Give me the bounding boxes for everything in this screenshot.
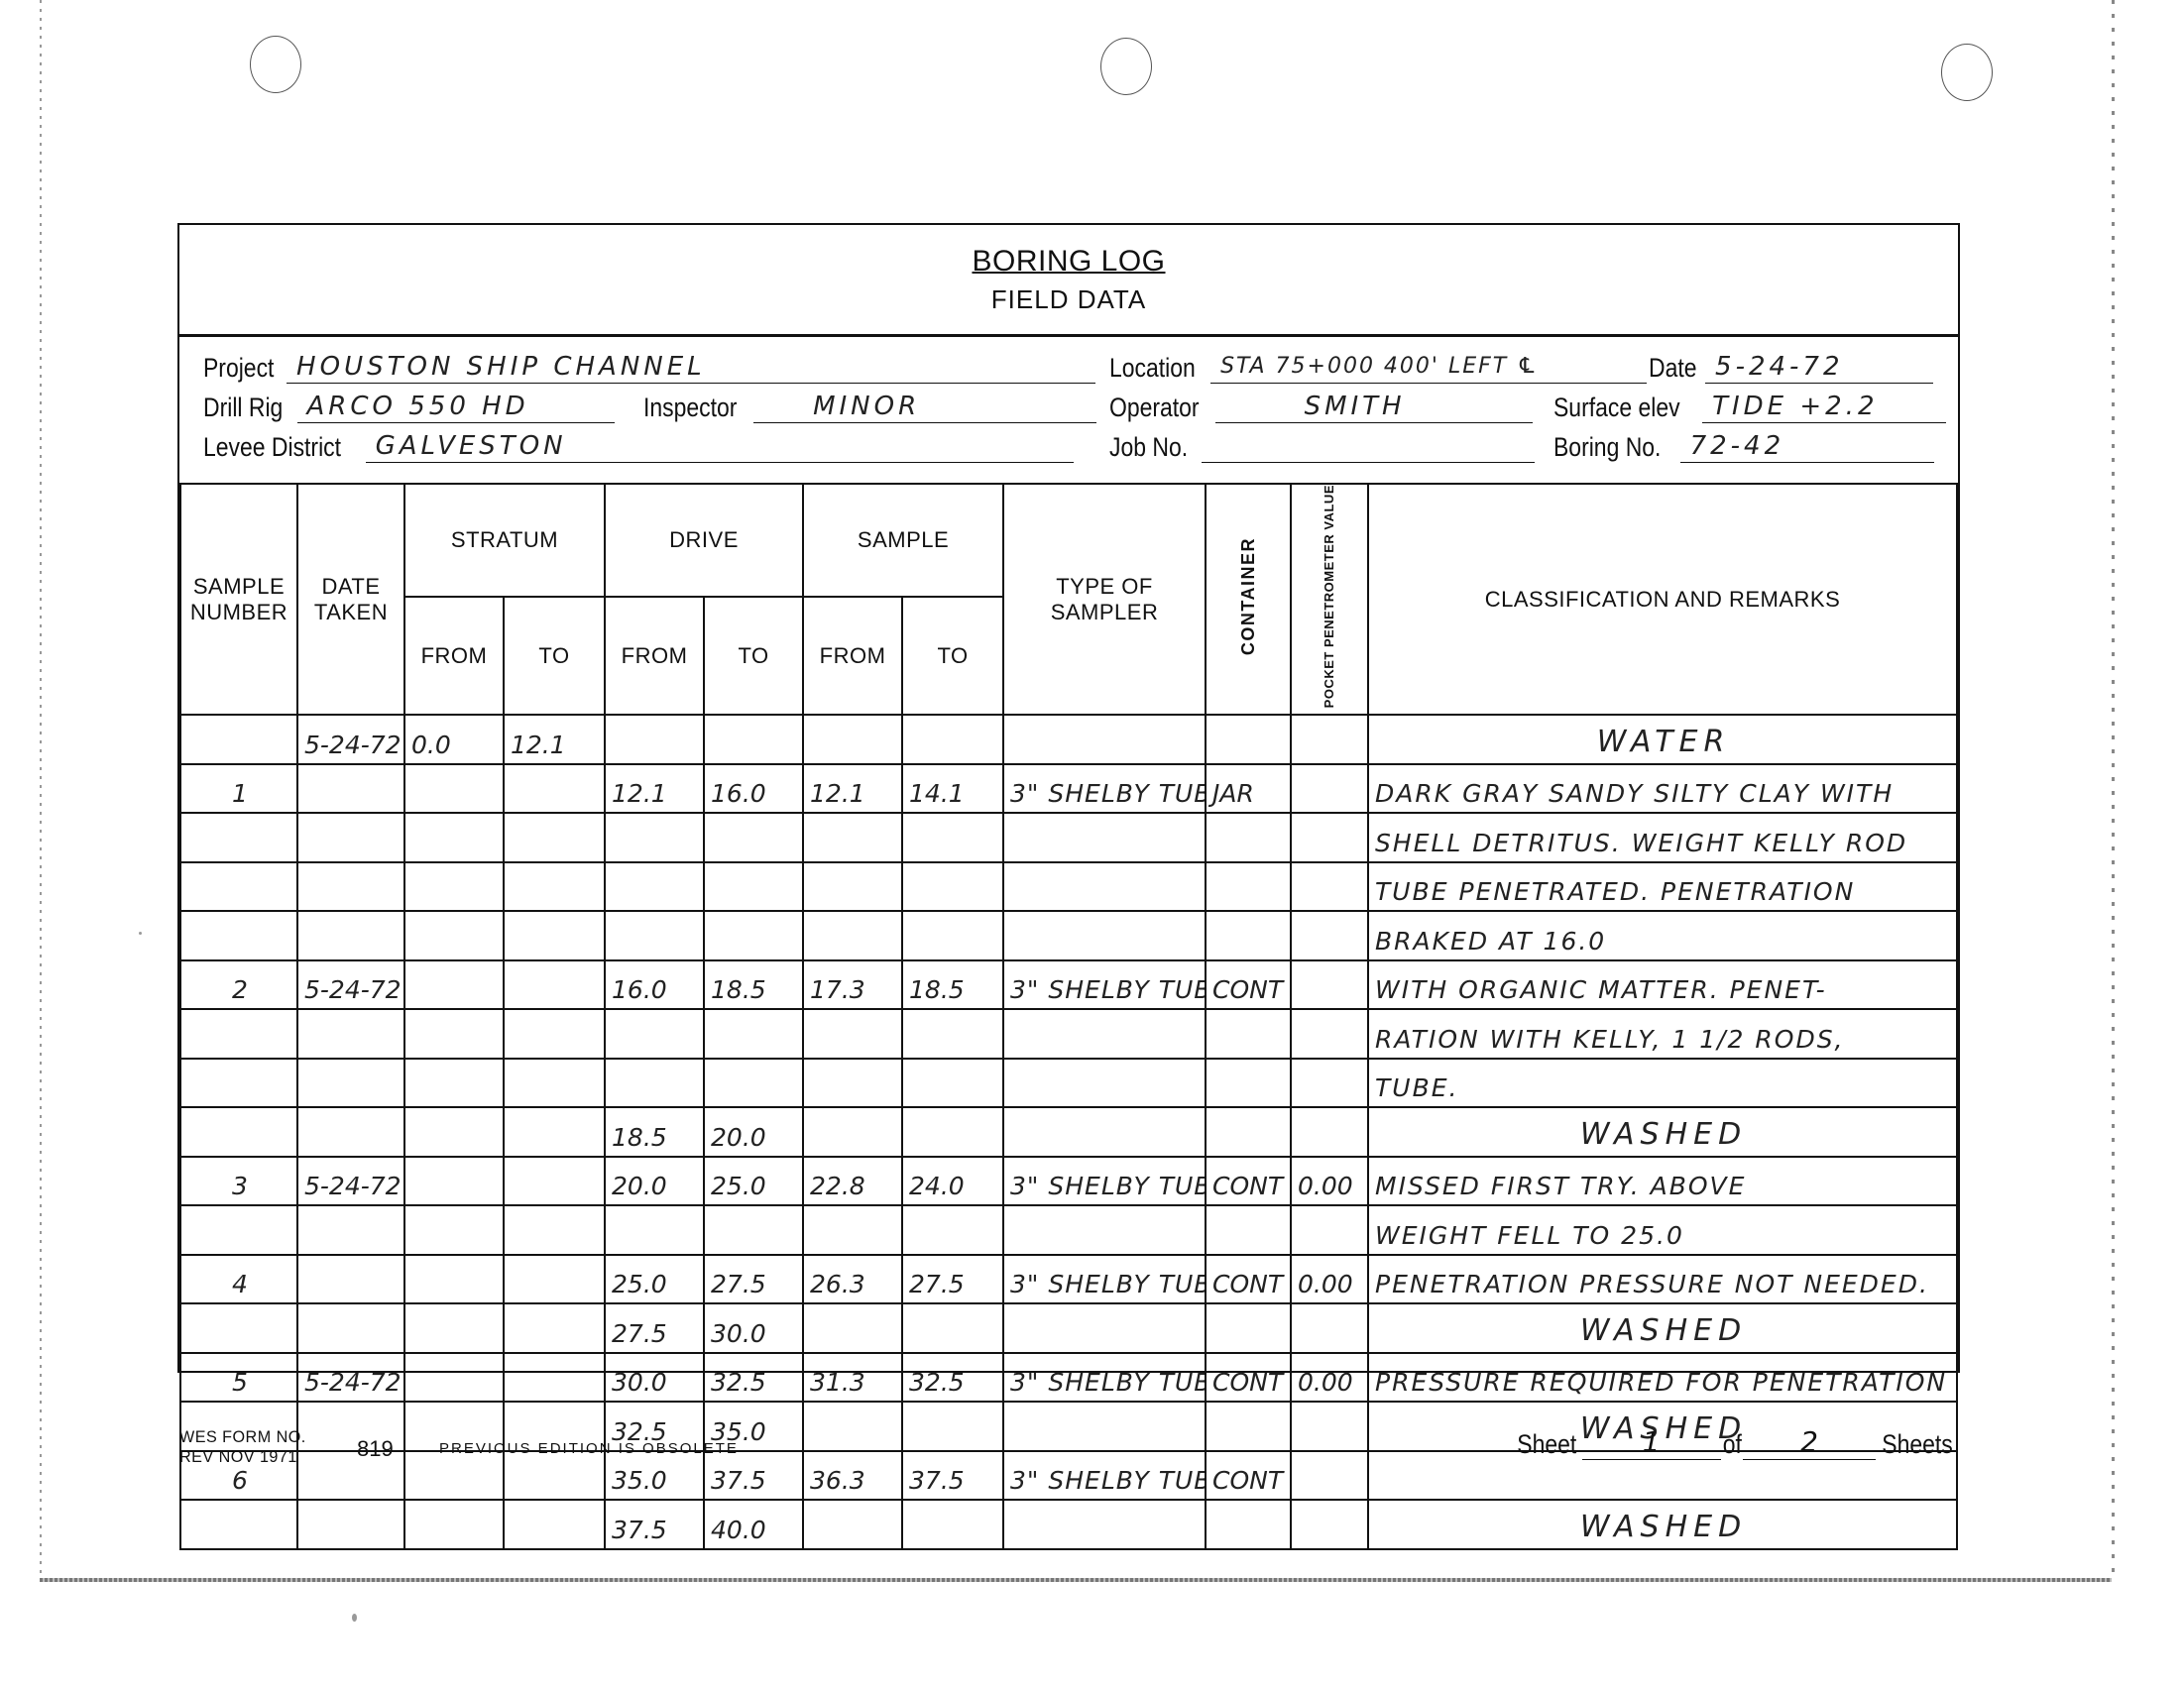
drive-from-cell[interactable] <box>605 813 704 862</box>
drill-rig-value[interactable]: ARCO 550 HD <box>297 392 615 423</box>
stratum-from-cell[interactable] <box>404 1205 504 1255</box>
project-value[interactable]: HOUSTON SHIP CHANNEL <box>287 352 1095 384</box>
surface-elev-field: Surface elev TIDE +2.2 <box>1553 392 1946 423</box>
header-fields: Project HOUSTON SHIP CHANNEL Location ST… <box>179 334 1958 483</box>
form-title: BORING LOG <box>179 245 1958 279</box>
sample-number-cell[interactable] <box>180 813 297 862</box>
container-cell[interactable]: CONT <box>1206 960 1291 1010</box>
date-taken-cell[interactable] <box>297 1205 404 1255</box>
sample-to-cell[interactable] <box>902 1009 1003 1059</box>
container-cell[interactable]: CONT <box>1206 1353 1291 1403</box>
drive-from-cell[interactable] <box>605 1009 704 1059</box>
table-row: 5-24-720.012.1WATER <box>180 715 1957 764</box>
inspector-field: Inspector MINOR <box>643 392 1096 423</box>
job-no-value[interactable] <box>1202 431 1535 463</box>
drive-to-cell[interactable] <box>704 813 803 862</box>
pocket-penetrometer-cell[interactable] <box>1291 1303 1368 1353</box>
stratum-from-cell[interactable] <box>404 813 504 862</box>
levee-district-value[interactable]: GALVESTON <box>366 431 1074 463</box>
table-row: 37.540.0WASHED <box>180 1500 1957 1549</box>
sample-number-cell[interactable] <box>180 1059 297 1108</box>
drive-from-cell[interactable] <box>605 1205 704 1255</box>
stratum-from-cell[interactable] <box>404 1451 504 1501</box>
remark-cell[interactable]: Penetration pressure not needed. <box>1368 1255 1957 1304</box>
pocket-penetrometer-cell[interactable]: 0.00 <box>1291 1353 1368 1403</box>
date-taken-cell[interactable] <box>297 1500 404 1549</box>
container-cell[interactable] <box>1206 1009 1291 1059</box>
wes-form-label-line2: REV NOV 1971 <box>179 1447 306 1467</box>
location-field: Location STA 75+000 400' LEFT ℄ <box>1109 352 1647 384</box>
container-cell[interactable] <box>1206 911 1291 960</box>
sample-from-cell[interactable]: 36.3 <box>803 1451 902 1501</box>
operator-field: Operator SMITH <box>1109 392 1533 423</box>
drive-from-cell[interactable]: 25.0 <box>605 1255 704 1304</box>
pocket-penetrometer-cell[interactable] <box>1291 1205 1368 1255</box>
sample-to-cell[interactable]: 37.5 <box>902 1451 1003 1501</box>
sample-to-cell[interactable]: 24.0 <box>902 1157 1003 1206</box>
sample-from-cell[interactable] <box>803 1205 902 1255</box>
date-value[interactable]: 5-24-72 <box>1705 352 1933 384</box>
form-number: 819 <box>357 1436 394 1462</box>
remark-cell[interactable]: shell detritus. Weight kelly rod <box>1368 813 1957 862</box>
stratum-to-cell[interactable] <box>504 1451 605 1501</box>
sample-from-cell[interactable]: 22.8 <box>803 1157 902 1206</box>
date-taken-cell[interactable] <box>297 1107 404 1157</box>
sampler-type-cell[interactable] <box>1003 1107 1206 1157</box>
table-row: weight fell to 25.0 <box>180 1205 1957 1255</box>
drive-to-cell[interactable] <box>704 1205 803 1255</box>
pocket-penetrometer-cell[interactable] <box>1291 715 1368 764</box>
pocket-penetrometer-cell[interactable]: 0.00 <box>1291 1255 1368 1304</box>
stratum-to-cell[interactable] <box>504 813 605 862</box>
date-field: Date 5-24-72 <box>1649 352 1933 384</box>
drive-from-cell[interactable]: 30.0 <box>605 1353 704 1403</box>
drive-from-cell[interactable]: 16.0 <box>605 960 704 1010</box>
remark-cell[interactable]: weight fell to 25.0 <box>1368 1205 1957 1255</box>
sample-to-cell[interactable]: 14.1 <box>902 764 1003 814</box>
date-taken-cell[interactable]: 5-24-72 <box>297 960 404 1010</box>
table-row: 18.520.0WASHED <box>180 1107 1957 1157</box>
date-label: Date <box>1649 353 1696 384</box>
drive-to-cell[interactable]: 18.5 <box>704 960 803 1010</box>
sampler-type-cell[interactable] <box>1003 1205 1206 1255</box>
container-cell[interactable] <box>1206 1059 1291 1108</box>
col-header-drive-to: TO <box>704 597 803 715</box>
location-value[interactable]: STA 75+000 400' LEFT ℄ <box>1210 352 1647 384</box>
stratum-from-cell[interactable] <box>404 764 504 814</box>
sample-number-cell[interactable]: 5 <box>180 1353 297 1403</box>
pocket-penetrometer-cell[interactable] <box>1291 862 1368 912</box>
sampler-type-cell[interactable] <box>1003 1009 1206 1059</box>
sample-number-cell[interactable] <box>180 862 297 912</box>
col-header-stratum: STRATUM <box>404 484 605 597</box>
col-header-date-taken: DATE TAKEN <box>297 484 404 715</box>
sample-to-cell[interactable] <box>902 1059 1003 1108</box>
sheet-count: Sheet 1 of 2 Sheets <box>1512 1427 1959 1460</box>
sampler-type-cell[interactable]: 3" SHELBY TUBE <box>1003 764 1206 814</box>
sampler-type-cell[interactable] <box>1003 1303 1206 1353</box>
date-taken-cell[interactable] <box>297 911 404 960</box>
boring-no-value[interactable]: 72-42 <box>1680 431 1934 463</box>
drive-to-cell[interactable]: 27.5 <box>704 1255 803 1304</box>
date-taken-cell[interactable] <box>297 862 404 912</box>
stratum-to-cell[interactable] <box>504 1157 605 1206</box>
surface-elev-value[interactable]: TIDE +2.2 <box>1702 392 1946 423</box>
pocket-penetrometer-cell[interactable] <box>1291 764 1368 814</box>
remark-cell[interactable]: ration with kelly, 1 1/2 rods, <box>1368 1009 1957 1059</box>
sample-from-cell[interactable]: 31.3 <box>803 1353 902 1403</box>
sample-from-cell[interactable] <box>803 1009 902 1059</box>
table-row: tube. <box>180 1059 1957 1108</box>
drive-from-cell[interactable]: 20.0 <box>605 1157 704 1206</box>
col-header-stratum-from: FROM <box>404 597 504 715</box>
stratum-to-cell[interactable] <box>504 1500 605 1549</box>
container-cell[interactable] <box>1206 1402 1291 1451</box>
sample-to-cell[interactable]: 18.5 <box>902 960 1003 1010</box>
remark-cell[interactable]: tube penetrated. Penetration <box>1368 862 1957 912</box>
form-subtitle: FIELD DATA <box>179 284 1958 315</box>
stratum-to-cell[interactable] <box>504 911 605 960</box>
operator-value[interactable]: SMITH <box>1215 392 1533 423</box>
date-taken-cell[interactable]: 5-24-72 <box>297 1157 404 1206</box>
date-taken-cell[interactable] <box>297 764 404 814</box>
of-label: of <box>1722 1429 1741 1460</box>
scan-speck <box>139 932 142 935</box>
sample-to-cell[interactable]: 32.5 <box>902 1353 1003 1403</box>
table-row: 55-24-7230.032.531.332.53" SHELBY TUBECO… <box>180 1353 1957 1403</box>
stratum-to-cell[interactable] <box>504 764 605 814</box>
drill-rig-field: Drill Rig ARCO 550 HD <box>203 392 615 423</box>
date-taken-cell[interactable] <box>297 1009 404 1059</box>
pocket-penetrometer-cell[interactable] <box>1291 813 1368 862</box>
stratum-from-cell[interactable]: 0.0 <box>404 715 504 764</box>
col-header-type-of-sampler: TYPE OF SAMPLER <box>1003 484 1206 715</box>
table-row: 25-24-7216.018.517.318.53" SHELBY TUBECO… <box>180 960 1957 1010</box>
sampler-type-cell[interactable]: 3" SHELBY TUBE <box>1003 1157 1206 1206</box>
sampler-type-cell[interactable] <box>1003 1500 1206 1549</box>
binder-hole <box>1941 44 1993 101</box>
remark-cell[interactable]: WATER <box>1368 715 1957 764</box>
sample-number-cell[interactable] <box>180 1009 297 1059</box>
sampler-type-cell[interactable] <box>1003 1059 1206 1108</box>
remark-cell[interactable]: WASHED <box>1368 1107 1957 1157</box>
sample-to-cell[interactable] <box>902 1107 1003 1157</box>
col-header-sample-to: TO <box>902 597 1003 715</box>
pocket-penetrometer-cell[interactable]: 0.00 <box>1291 1157 1368 1206</box>
sampler-type-cell[interactable] <box>1003 911 1206 960</box>
remark-cell[interactable]: WASHED <box>1368 1303 1957 1353</box>
sample-to-cell[interactable] <box>902 862 1003 912</box>
table-row: 425.027.526.327.53" SHELBY TUBECONT0.00P… <box>180 1255 1957 1304</box>
sheets-label: Sheets <box>1882 1429 1952 1460</box>
pocket-penetrometer-cell[interactable] <box>1291 1009 1368 1059</box>
table-row: 27.530.0WASHED <box>180 1303 1957 1353</box>
project-field: Project HOUSTON SHIP CHANNEL <box>203 352 1095 384</box>
stratum-to-cell[interactable] <box>504 1255 605 1304</box>
drive-to-cell[interactable]: 40.0 <box>704 1500 803 1549</box>
stratum-from-cell[interactable] <box>404 1353 504 1403</box>
date-taken-cell[interactable]: 5-24-72 <box>297 715 404 764</box>
stratum-from-cell[interactable] <box>404 1500 504 1549</box>
sampler-type-cell[interactable]: 3" SHELBY TUBE <box>1003 960 1206 1010</box>
remark-cell[interactable]: Dark gray sandy SILTY CLAY with <box>1368 764 1957 814</box>
drive-from-cell[interactable]: 27.5 <box>605 1303 704 1353</box>
table-row: shell detritus. Weight kelly rod <box>180 813 1957 862</box>
sample-from-cell[interactable] <box>803 862 902 912</box>
container-cell[interactable] <box>1206 862 1291 912</box>
sample-to-cell[interactable] <box>902 1205 1003 1255</box>
binder-hole <box>250 36 301 93</box>
sample-to-cell[interactable] <box>902 911 1003 960</box>
drive-from-cell[interactable]: 12.1 <box>605 764 704 814</box>
pocket-penetrometer-cell[interactable] <box>1291 1500 1368 1549</box>
drive-to-cell[interactable]: 16.0 <box>704 764 803 814</box>
drive-to-cell[interactable] <box>704 862 803 912</box>
stratum-from-cell[interactable] <box>404 1009 504 1059</box>
stratum-to-cell[interactable] <box>504 1303 605 1353</box>
sample-to-cell[interactable] <box>902 1500 1003 1549</box>
stratum-to-cell[interactable] <box>504 862 605 912</box>
sample-from-cell[interactable]: 17.3 <box>803 960 902 1010</box>
stratum-from-cell[interactable] <box>404 1107 504 1157</box>
col-header-container: CONTAINER <box>1206 484 1291 715</box>
drive-to-cell[interactable]: 32.5 <box>704 1353 803 1403</box>
container-header-text: CONTAINER <box>1239 537 1257 655</box>
surface-elev-label: Surface elev <box>1553 393 1680 423</box>
date-taken-cell[interactable] <box>297 1303 404 1353</box>
sample-to-cell[interactable]: 27.5 <box>902 1255 1003 1304</box>
container-cell[interactable]: JAR <box>1206 764 1291 814</box>
table-row: 35-24-7220.025.022.824.03" SHELBY TUBECO… <box>180 1157 1957 1206</box>
drive-to-cell[interactable]: 25.0 <box>704 1157 803 1206</box>
sample-number-cell[interactable] <box>180 1107 297 1157</box>
drive-to-cell[interactable]: 30.0 <box>704 1303 803 1353</box>
stratum-to-cell[interactable] <box>504 1353 605 1403</box>
wes-form-label: WES FORM NO. REV NOV 1971 <box>179 1427 306 1467</box>
drive-to-cell[interactable] <box>704 1009 803 1059</box>
col-header-classification: CLASSIFICATION AND REMARKS <box>1368 484 1957 715</box>
pocket-penetrometer-cell[interactable] <box>1291 960 1368 1010</box>
remark-cell[interactable]: WASHED <box>1368 1500 1957 1549</box>
sample-from-cell[interactable] <box>803 911 902 960</box>
stratum-from-cell[interactable] <box>404 862 504 912</box>
drill-rig-label: Drill Rig <box>203 393 283 423</box>
drive-to-cell[interactable]: 37.5 <box>704 1451 803 1501</box>
sample-number-cell[interactable] <box>180 911 297 960</box>
sample-from-cell[interactable]: 26.3 <box>803 1255 902 1304</box>
boring-log-table: SAMPLE NUMBER DATE TAKEN STRATUM DRIVE S… <box>179 483 1958 1550</box>
drive-from-cell[interactable]: 37.5 <box>605 1500 704 1549</box>
operator-label: Operator <box>1109 393 1200 423</box>
date-taken-cell[interactable] <box>297 1255 404 1304</box>
col-header-drive: DRIVE <box>605 484 803 597</box>
table-row: 112.116.012.114.13" SHELBY TUBEJARDark g… <box>180 764 1957 814</box>
remark-cell[interactable]: with organic matter. Penet- <box>1368 960 1957 1010</box>
sample-number-cell[interactable] <box>180 715 297 764</box>
sampler-type-cell[interactable]: 3" SHELBY TUBE <box>1003 1451 1206 1501</box>
edition-note: PREVIOUS EDITION IS OBSOLETE <box>439 1440 739 1457</box>
col-header-sample-number: SAMPLE NUMBER <box>180 484 297 715</box>
sample-from-cell[interactable] <box>803 813 902 862</box>
pocket-penetrometer-cell[interactable] <box>1291 1107 1368 1157</box>
table-row: ration with kelly, 1 1/2 rods, <box>180 1009 1957 1059</box>
pocket-penetrometer-cell[interactable] <box>1291 911 1368 960</box>
table-row: tube penetrated. Penetration <box>180 862 1957 912</box>
sample-to-cell[interactable] <box>902 1402 1003 1451</box>
stratum-to-cell[interactable] <box>504 1059 605 1108</box>
inspector-value[interactable]: MINOR <box>753 392 1096 423</box>
sample-number-cell[interactable] <box>180 1500 297 1549</box>
drive-to-cell[interactable]: 20.0 <box>704 1107 803 1157</box>
job-no-field: Job No. <box>1109 431 1535 463</box>
container-cell[interactable] <box>1206 1303 1291 1353</box>
sheet-label: Sheet <box>1517 1429 1576 1460</box>
container-cell[interactable] <box>1206 715 1291 764</box>
container-cell[interactable]: CONT <box>1206 1255 1291 1304</box>
total-sheets[interactable]: 2 <box>1743 1427 1876 1460</box>
col-header-pocket-penetrometer: POCKET PENETROMETER VALUE <box>1291 484 1368 715</box>
drive-to-cell[interactable] <box>704 1059 803 1108</box>
stratum-from-cell[interactable] <box>404 911 504 960</box>
stratum-from-cell[interactable] <box>404 1303 504 1353</box>
sampler-type-cell[interactable] <box>1003 715 1206 764</box>
remark-cell[interactable]: tube. <box>1368 1059 1957 1108</box>
stratum-from-cell[interactable] <box>404 1157 504 1206</box>
sample-from-cell[interactable] <box>803 1059 902 1108</box>
stratum-to-cell[interactable] <box>504 1009 605 1059</box>
paper-edge-left <box>40 0 42 1580</box>
sampler-type-cell[interactable]: 3" SHELBY TUBE <box>1003 1255 1206 1304</box>
remark-cell[interactable]: braked at 16.0 <box>1368 911 1957 960</box>
sample-to-cell[interactable] <box>902 1303 1003 1353</box>
stratum-from-cell[interactable] <box>404 960 504 1010</box>
boring-no-field: Boring No. 72-42 <box>1553 431 1934 463</box>
container-cell[interactable] <box>1206 1107 1291 1157</box>
pocket-penetrometer-cell[interactable] <box>1291 1059 1368 1108</box>
sample-from-cell[interactable] <box>803 1107 902 1157</box>
table-row: braked at 16.0 <box>180 911 1957 960</box>
drive-from-cell[interactable]: 18.5 <box>605 1107 704 1157</box>
boring-no-label: Boring No. <box>1553 432 1661 463</box>
drive-to-cell[interactable] <box>704 715 803 764</box>
sample-number-cell[interactable] <box>180 1205 297 1255</box>
drive-from-cell[interactable] <box>605 715 704 764</box>
form-title-block: BORING LOG FIELD DATA <box>179 225 1958 337</box>
paper-edge-bottom <box>40 1578 2112 1582</box>
sheet-number[interactable]: 1 <box>1582 1427 1721 1460</box>
drive-from-cell[interactable]: 35.0 <box>605 1451 704 1501</box>
binder-hole <box>1100 38 1152 95</box>
drive-from-cell[interactable] <box>605 1059 704 1108</box>
project-label: Project <box>203 353 274 384</box>
sampler-type-cell[interactable] <box>1003 1402 1206 1451</box>
boring-log-form: BORING LOG FIELD DATA Project HOUSTON SH… <box>177 223 1960 1373</box>
sample-number-cell[interactable]: 3 <box>180 1157 297 1206</box>
pocket-penetrometer-header-text: POCKET PENETROMETER VALUE <box>1322 485 1336 708</box>
scan-speck <box>352 1614 357 1622</box>
sample-from-cell[interactable] <box>803 1303 902 1353</box>
levee-district-label: Levee District <box>203 432 341 463</box>
sample-from-cell[interactable] <box>803 715 902 764</box>
stratum-to-cell[interactable] <box>504 1205 605 1255</box>
sample-number-cell[interactable] <box>180 1303 297 1353</box>
sample-from-cell[interactable]: 12.1 <box>803 764 902 814</box>
boring-log-rows: 5-24-720.012.1WATER112.116.012.114.13" S… <box>180 715 1957 1549</box>
container-cell[interactable]: CONT <box>1206 1451 1291 1501</box>
location-label: Location <box>1109 353 1196 384</box>
stratum-from-cell[interactable] <box>404 1059 504 1108</box>
paper-edge-right <box>2112 0 2115 1580</box>
pocket-penetrometer-cell[interactable] <box>1291 1402 1368 1451</box>
col-header-stratum-to: TO <box>504 597 605 715</box>
sample-to-cell[interactable] <box>902 813 1003 862</box>
stratum-to-cell[interactable] <box>504 960 605 1010</box>
date-taken-cell[interactable]: 5-24-72 <box>297 1353 404 1403</box>
sample-from-cell[interactable] <box>803 1500 902 1549</box>
container-cell[interactable]: CONT <box>1206 1157 1291 1206</box>
stratum-from-cell[interactable] <box>404 1255 504 1304</box>
stratum-to-cell[interactable] <box>504 1107 605 1157</box>
col-header-drive-from: FROM <box>605 597 704 715</box>
date-taken-cell[interactable] <box>297 813 404 862</box>
drive-from-cell[interactable] <box>605 911 704 960</box>
sample-from-cell[interactable] <box>803 1402 902 1451</box>
stratum-to-cell[interactable]: 12.1 <box>504 715 605 764</box>
sample-number-cell[interactable]: 2 <box>180 960 297 1010</box>
wes-form-label-line1: WES FORM NO. <box>179 1427 306 1447</box>
remark-cell[interactable]: Missed first try. Above <box>1368 1157 1957 1206</box>
inspector-label: Inspector <box>643 393 737 423</box>
sampler-type-cell[interactable] <box>1003 862 1206 912</box>
col-header-sample-from: FROM <box>803 597 902 715</box>
date-taken-cell[interactable] <box>297 1059 404 1108</box>
drive-from-cell[interactable] <box>605 862 704 912</box>
sample-number-cell[interactable]: 1 <box>180 764 297 814</box>
remark-cell[interactable]: Pressure required for penetration <box>1368 1353 1957 1403</box>
levee-district-field: Levee District GALVESTON <box>203 431 1074 463</box>
sampler-type-cell[interactable]: 3" SHELBY TUBE <box>1003 1353 1206 1403</box>
drive-to-cell[interactable] <box>704 911 803 960</box>
job-no-label: Job No. <box>1109 432 1188 463</box>
sample-to-cell[interactable] <box>902 715 1003 764</box>
container-cell[interactable] <box>1206 1205 1291 1255</box>
container-cell[interactable] <box>1206 1500 1291 1549</box>
container-cell[interactable] <box>1206 813 1291 862</box>
pocket-penetrometer-cell[interactable] <box>1291 1451 1368 1501</box>
col-header-sample: SAMPLE <box>803 484 1003 597</box>
sample-number-cell[interactable]: 4 <box>180 1255 297 1304</box>
sampler-type-cell[interactable] <box>1003 813 1206 862</box>
